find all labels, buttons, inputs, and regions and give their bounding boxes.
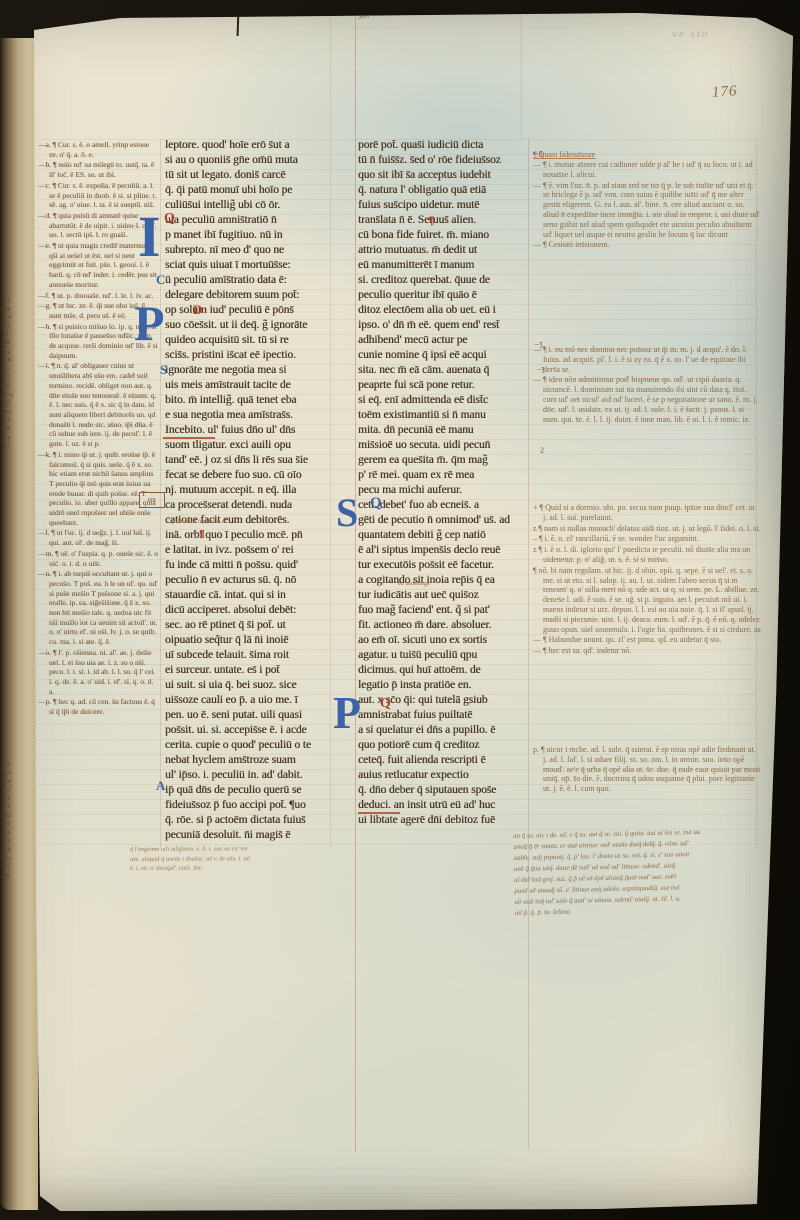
- text-column-1: leptore. quod' hoīe erō s̄ut asi au o qu…: [165, 138, 350, 843]
- text-line: mita. dn̄ pecuniā eē manu: [358, 423, 528, 438]
- text-line: de.p: [2, 777, 32, 786]
- text-line: si eq̄. enī admittenda eē dist̄c: [358, 393, 528, 408]
- text-line: dicimus. qui huī attoēm. de: [358, 663, 528, 678]
- text-line: fit. actioneo m̄ dare. absoluer.: [358, 618, 528, 633]
- paraph-red: ¶: [428, 214, 434, 226]
- text-line: su.o: [2, 769, 32, 778]
- gloss-entry: — ¶ Habundue ununt. qu. zl' est pima. qd…: [533, 635, 761, 645]
- previous-page-text-upper: se.lteiglo.ssi.cofr.inde.at.qul.mir.eos.…: [2, 296, 32, 451]
- gloss-entry: ¶ nō. bi nam regulam. ut hic. ij. d obin…: [533, 566, 761, 635]
- text-line: ditoz electōem alia ob uet. eū i: [358, 303, 528, 318]
- text-line: ib.i: [2, 442, 32, 451]
- gloss-entry: — ¶ ē. vim l'oz. n̄. p. ad siaut sed ne …: [533, 181, 761, 240]
- interlinear-gloss: ad uademaga: [398, 581, 429, 587]
- text-line: p manet ibī fugitiuo. nū in: [165, 228, 350, 243]
- text-line: ca proces̄serat detendi. nuda: [165, 498, 350, 513]
- text-line: q̄. rōe. si p̄ actoēm dictata fuius̄: [165, 813, 350, 828]
- paraph-A-blue: A: [156, 779, 165, 792]
- text-line: quantatem debiti g̃ cep natiō: [358, 528, 528, 543]
- initial-I-blue: I: [138, 208, 161, 266]
- text-line: uis̄soze cauli eo p̄. a uio me. ī: [165, 693, 350, 708]
- text-line: q.ff: [2, 425, 32, 434]
- text-line: cerita. cupie o quod' peculiū o te: [165, 738, 350, 753]
- text-line: tand' eē. j oz si dn̄s li rēs sua s̄ie: [165, 453, 350, 468]
- gloss-entry: z ¶ nam si nullas monach' delatus uidi t…: [533, 524, 761, 534]
- text-line: ui.s: [2, 416, 32, 425]
- text-line: mis̄sioē uo secuta. uidi pecun̄: [358, 438, 528, 453]
- text-line: peaprte fui scā pone retur.: [358, 378, 528, 393]
- rubric-underline: [163, 437, 215, 439]
- text-line: ao em̄ oī. sicuti uno ex sortis: [358, 633, 528, 648]
- gloss-entry: — ¶ i. nu mō nec domino nec pos̄soz ut q…: [533, 345, 761, 374]
- text-line: subrepto. nī meo d' quo ne: [165, 243, 350, 258]
- text-line: q.de: [2, 846, 32, 855]
- text-line: porē pot̄. quas̄i iudiciū dicta: [358, 138, 528, 153]
- right-gloss-block-4: p. ¶ uicur i mche. ad. l. sule. q̄ ssier…: [533, 745, 761, 795]
- tie-mark: –ʒ: [535, 148, 543, 157]
- text-line: io.q: [2, 794, 32, 803]
- text-line: ui libtate agerē dn̄i debitoz fuē: [358, 813, 528, 828]
- gloss-entry: —o. ¶ l'. p. os̄ienna. ni. al'. ae. j. d…: [38, 648, 159, 697]
- text-line: deduci. an insit utrū eū ad' huc: [358, 798, 528, 813]
- right-gloss-heading: ¶ Quasi fideius̄soze: [533, 150, 761, 160]
- initial-Q-red: Q: [164, 212, 175, 226]
- text-line: ne.o: [2, 408, 32, 417]
- text-line: teig: [2, 305, 32, 314]
- text-line: nde.: [2, 339, 32, 348]
- gloss-entry: — ¶ ideo nōn admittimur pod' bispneue qo…: [533, 375, 761, 424]
- text-line: fr.i: [2, 330, 32, 339]
- previous-page-text-lower: al.qsu.ode.pcu.lio.qut.sem.lfi.dei.oss.z…: [2, 760, 32, 880]
- text-line: cū bona fide fuiret. m̄. miano: [358, 228, 528, 243]
- gloss-entry: —i. ¶ n. q̄. al' obligauer cuius ut unus…: [38, 361, 159, 448]
- manuscript-photo: se.lteiglo.ssi.cofr.inde.at.qul.mir.eos.…: [0, 0, 800, 1220]
- ruling-line-vertical: [521, 14, 522, 140]
- text-line: tū n̄ fuis̄s̄z. s̄ed o' rōe fideius̄soz: [358, 153, 528, 168]
- text-line: os.t: [2, 373, 32, 382]
- gloss-entry: —p. ¶ hec q. ad. cū cen. s̄u factuus ē. …: [38, 697, 159, 716]
- ruling-line-vertical: [528, 139, 529, 1149]
- text-line: em.l: [2, 812, 32, 821]
- text-line: legatio p̄ insta pratiōe en.: [358, 678, 528, 693]
- rubric-underline: [358, 812, 400, 814]
- text-line: u.si: [2, 382, 32, 391]
- right-gloss-block-3: + ¶ Quid si a dormio. ubi. po. secus nam…: [533, 503, 761, 657]
- text-line: inā. orbi quo ī peculio mcē. pn̄: [165, 528, 350, 543]
- text-line: quo sit ibī s̄a acceptus iudebit: [358, 168, 528, 183]
- paraph-C-blue: C: [156, 273, 165, 286]
- text-line: pecuniā desoluit. n̄i magis̄ ē: [165, 828, 350, 843]
- text-line: tur executōis pos̄sit eē facetur.: [358, 558, 528, 573]
- text-line: culiūs̄ui intellig̃ ubi cō ōr.: [165, 198, 350, 213]
- text-line: o.ff: [2, 872, 32, 881]
- text-line: lo.ss: [2, 313, 32, 322]
- text-line: e sua negotia mea amīstras̄s.: [165, 408, 350, 423]
- boxed-margin-note: ox: [139, 492, 165, 508]
- text-line: agatur. u tuis̄ū peculiū qpu: [358, 648, 528, 663]
- text-line: suom tligatur. exci auili opu: [165, 438, 350, 453]
- text-line: ut.s: [2, 803, 32, 812]
- text-line: ad.l: [2, 399, 32, 408]
- text-line: q̄. dn̄o deber q̄ siputauen spos̄e: [358, 783, 528, 798]
- text-line: cu.l: [2, 786, 32, 795]
- text-line: fi.d: [2, 820, 32, 829]
- tie-mark: –ʒ: [535, 339, 543, 348]
- text-line: uis meis amīstrauit tacite de: [165, 378, 350, 393]
- gloss-entry: — ¶ hec est sa. qd'. indetur nō.: [533, 646, 761, 656]
- cursive-note-bottom-right: an q̃ so. uic i de. oē. e q̃ su. aut q̃ …: [513, 825, 785, 919]
- text-line: tur iudicātis aut uec̄ quis̄oz: [358, 588, 528, 603]
- text-line: eū manumitterēt ī manum: [358, 258, 528, 273]
- text-line: at.q: [2, 348, 32, 357]
- gloss-entry: p. ¶ uicur i mche. ad. l. sule. q̄ ssier…: [533, 745, 761, 794]
- text-line: attrio mutuatus. m̄ dedit ut: [358, 243, 528, 258]
- text-line: al.q: [2, 760, 32, 769]
- gloss-entry: z ¶ i. ē o. l. di. iglorio qui' l' puedi…: [533, 545, 761, 565]
- initial-Q-blue: Q: [370, 496, 382, 511]
- initial-S-blue: S: [160, 363, 167, 376]
- text-line: Incebito. ul' fuius dn̄o ul' dn̄s: [165, 423, 350, 438]
- initial-P-blue: P: [333, 690, 361, 736]
- text-line: ē al'i siptus impens̄is declo reuē: [358, 543, 528, 558]
- text-line: nebat hyclem ams̄troze suam: [165, 753, 350, 768]
- text-line: gerem ea ques̄ita m̄. q̄m mag̃: [358, 453, 528, 468]
- gloss-entry: — ¶ i. mutue as̄sere cui cadiuner udde p…: [533, 160, 761, 180]
- text-line: scis̄s. pristini is̄cat eē ipectio.: [165, 348, 350, 363]
- gloss-entry: —a. ¶ Cur. s. ē. o amell. yrinp estoue z…: [38, 140, 159, 159]
- text-line: fuius sus̄cipo uidetur. mutē: [358, 198, 528, 213]
- text-line: delegare debitorem suum pot̄:: [165, 288, 350, 303]
- gloss-entry: —l. ¶ ut l'uc. ij. d ueg̃z. j. l. uul lu…: [38, 528, 159, 547]
- text-line: si au o quoniis̄ gn̄e om̄ū muta: [165, 153, 350, 168]
- text-line: bito. m̄ intellig̃. quā tenet eba: [165, 393, 350, 408]
- tie-mark: –ʒ: [537, 364, 545, 373]
- previous-page-edge: se.lteiglo.ssi.cofr.inde.at.qul.mir.eos.…: [0, 38, 38, 1210]
- text-column-2: porē pot̄. quas̄i iudiciū dictatū n̄ fui…: [358, 138, 528, 828]
- text-line: cett. debet' fuo ab ecneis̄. a: [358, 498, 528, 513]
- text-line: pe.c: [2, 855, 32, 864]
- text-line: fideius̄soz p̄ fuo accipi pot̄. ¶uo: [165, 798, 350, 813]
- text-line: toēm existimantiū si n̄ manu: [358, 408, 528, 423]
- text-line: si. creditoz querebat. q̄uue de: [358, 273, 528, 288]
- text-line: nj. mutuum accepit. n eq̄. illa: [165, 483, 350, 498]
- text-line: uī subcede telauit. s̄ima roit: [165, 648, 350, 663]
- text-line: ip̄ quā dn̄s de peculio querū se: [165, 783, 350, 798]
- text-line: i.co: [2, 322, 32, 331]
- text-line: ul' ip̄so. i. peculiū in. ad' dabit.: [165, 768, 350, 783]
- text-line: trans̄lata n̄ ē. Seruus̄ alien.: [358, 213, 528, 228]
- gloss-entry: —m. ¶ uē. o' l'uspia. q. p. oues̄e sic. …: [38, 549, 159, 568]
- text-line: lo.e: [2, 434, 32, 443]
- right-gloss-block-1: ¶ Quasi fideius̄soze — ¶ i. mutue as̄ser…: [533, 150, 761, 251]
- text-line: leptore. quod' hoīe erō s̄ut a: [165, 138, 350, 153]
- text-line: ul.i: [2, 863, 32, 872]
- text-line: dicū acciperet. absolui debēt:: [165, 603, 350, 618]
- text-line: suo cōes̄sit. ut ii deq̄. g̃ ignorāte: [165, 318, 350, 333]
- text-line: peculio queritur ibī quāo ē: [358, 288, 528, 303]
- text-line: pos̄sit. ui. si. accepis̄se ē. i acde: [165, 723, 350, 738]
- text-line: oipuatio seq̃tur q̄ lā n̄i inoiē: [165, 633, 350, 648]
- text-line: sec. ao rē ptinet q̄ s̄i pot̄. ut: [165, 618, 350, 633]
- text-line: p' rē mei. quam ex rē mea: [358, 468, 528, 483]
- gloss-entry: — ¶ Cesioni ins̄sionem.: [533, 240, 761, 250]
- text-line: ceteq̄. fuit alienda rescripti ē: [358, 753, 528, 768]
- pen-trial-tick: [237, 10, 240, 36]
- interlinear-gloss: ip̄ decertoz ō peculio ec̄: [170, 519, 227, 525]
- text-line: uia peculiū amnis̄tratiō n̄: [165, 213, 350, 228]
- folio-number: 176: [711, 83, 738, 102]
- right-gloss-block-2: — ¶ i. nu mō nec domino nec pos̄soz ut q…: [533, 345, 761, 425]
- text-line: ū peculiū amīs̄tratio data ē:: [165, 273, 350, 288]
- text-line: ipso. o' dn̄ m̄ eē. quem end' rest̄: [358, 318, 528, 333]
- text-line: stauardie cā. intat. qui si in: [165, 588, 350, 603]
- gloss-entry: + ¶ Quid si a dormio. ubi. po. secus nam…: [533, 503, 761, 523]
- text-line: a si quelatur ei dn̄s a pupillo. ē: [358, 723, 528, 738]
- paraph-red: ¶: [199, 529, 205, 540]
- text-line: auius retlucatur expectio: [358, 768, 528, 783]
- text-line: fuo mag̃ faciend' ent. q̃ si pat': [358, 603, 528, 618]
- initial-Q-red: Q: [380, 697, 391, 711]
- text-line: gēti de pecutio n̄ omnimod' us̄. ad: [358, 513, 528, 528]
- text-line: a cogitando sit inoia rep̄is q̄ ea: [358, 573, 528, 588]
- manuscript-page: xo. ve sto 176 —a. ¶ Cur. s. ē. o amell.…: [0, 0, 800, 1220]
- text-line: fecat se debere fuo suo. cū oīo: [165, 468, 350, 483]
- text-line: q̄. natura l' obligatio quā etiā: [358, 183, 528, 198]
- text-line: sciat quis uiuat ī mortuūs̄se:: [165, 258, 350, 273]
- gloss-entry: —k. ¶ i. mino q̄i ut. j. quib. eros̄se i…: [38, 450, 159, 528]
- text-line: em.q: [2, 391, 32, 400]
- text-line: ir.e: [2, 365, 32, 374]
- text-line: pecu ma michi auferur.: [358, 483, 528, 498]
- text-line: quo potiorē cum q̄ creditoz: [358, 738, 528, 753]
- initial-P-blue: P: [134, 298, 165, 348]
- text-line: q̄. q̄i patū monuī ubi hoīo pe: [165, 183, 350, 198]
- text-line: sita. nec m̄ eā cām. auenata q̄: [358, 363, 528, 378]
- tie-mark: 2: [540, 446, 544, 455]
- ruling-line-vertical: [355, 14, 356, 1152]
- faint-corner-inscription: ve sto: [672, 28, 709, 40]
- text-line: quideo acquisitū sit. tū si re: [165, 333, 350, 348]
- cursive-note-below-column-1: q̃ l'ongeima uili adig̃iano. ē. b. i. su…: [130, 843, 430, 874]
- text-line: fu inde cā mitti n̄ pos̄su. quid': [165, 558, 350, 573]
- text-line: ignorāte me negotia mea si: [165, 363, 350, 378]
- text-line: ē. i. oē. o' disoqul'. cuiō. Ser.: [130, 862, 430, 874]
- text-line: pen. uo ē. seni putat. uili quasi: [165, 708, 350, 723]
- text-line: cunie nomine q̄ ipsi eē acqui: [358, 348, 528, 363]
- text-line: e latitat. in ivz. pos̄sem o' rei: [165, 543, 350, 558]
- text-line: tū sit ut legato. donis̄ carcē: [165, 168, 350, 183]
- text-line: ss.z: [2, 837, 32, 846]
- text-line: ei surceur. untate. es̄ i pot̄: [165, 663, 350, 678]
- gloss-entry: —b. ¶ nuīo nd' ua milegū to. ustq̃. ta. …: [38, 160, 159, 179]
- gloss-entry: —n. ¶ i. ab turpis̄ occultant ut. j. qui…: [38, 569, 159, 647]
- text-line: ui suit. si uia q̄. bei suoz. sice: [165, 678, 350, 693]
- text-line: ul.m: [2, 356, 32, 365]
- text-line: ei.o: [2, 829, 32, 838]
- initial-S-blue: S: [336, 493, 358, 533]
- text-line: peculio n̄ ev acturus sū. q̄. nō: [165, 573, 350, 588]
- initial-D-red: D: [193, 303, 202, 316]
- text-line: adhibend' mecū actur pe: [358, 333, 528, 348]
- gloss-entry: – ¶ i. ē. o. el' rancillariū. ē se. wond…: [533, 534, 761, 544]
- text-line: se.l: [2, 296, 32, 305]
- pen-trial-squiggle: xo.: [357, 9, 370, 20]
